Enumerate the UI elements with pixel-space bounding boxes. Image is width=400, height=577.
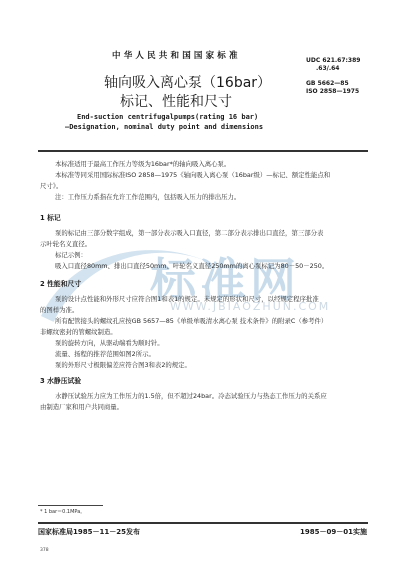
udc-code: UDC 621.67:389 .63/.64 [306, 57, 360, 73]
intro-scope: 本标准适用于最高工作压力等级为16bar*的轴向吸入离心泵。 [55, 159, 230, 169]
document-subtitle: 标记、性能和尺寸 [120, 91, 232, 111]
footnote-divider [38, 505, 103, 506]
footnote: * 1 bar＝0.1MPa。 [40, 508, 85, 515]
english-title-line2: —Designation, nominal duty point and dim… [65, 123, 263, 131]
english-title-line1: End-suction centrifugalpumps(rating 16 b… [77, 113, 258, 121]
implementation-date: 1985－09－01实施 [300, 527, 367, 537]
section-1-line: 示叶轮名义直径。 [40, 239, 91, 249]
section-2-line: 泵的设计点性能和外形尺寸应符合图1和表1的规定。未规定的形状和尺寸，以经规定程序… [55, 294, 319, 304]
section-3-line: 由制造厂家和用户共同商量。 [40, 402, 123, 412]
section-1-line: 泵的标记由三部分数字组成，第一部分表示吸入口直径，第二部分表示排出口直径，第三部… [55, 228, 323, 238]
section-2-line: 泵的外形尺寸极限偏差应符合图3和表2的规定。 [55, 360, 191, 370]
section-2-line: 的图样为准。 [40, 305, 78, 315]
intro-adoption-line1: 本标准等同采用国际标准ISO 2858—1975《轴向吸入离心泵（16bar级）… [55, 170, 330, 180]
iso-number: ISO 2858—1975 [306, 88, 359, 96]
intro-adoption-line2: 尺寸》。 [40, 181, 62, 191]
section-2-line: 所有配管接头的螺纹孔应按GB 5657—85《单级单吸清水离心泵 技术条件》的附… [55, 316, 327, 326]
section-2-line: 流量、扬程的推荐范围如图2所示。 [55, 349, 155, 359]
section-2-heading: 2 性能和尺寸 [40, 278, 81, 288]
document-title: 轴向吸入离心泵（16bar） [104, 72, 271, 92]
section-1-heading: 1 标记 [40, 212, 61, 222]
section-1-line: 吸入口直径80mm、排出口直径50mm、叶轮名义直径250mm的离心泵标记为80… [55, 261, 328, 271]
section-3-line: 水静压试验压力应为工作压力的1.5倍，但不超过24bar。冷态试验压力与热态工作… [55, 391, 327, 401]
issuer-heading: 中华人民共和国国家标准 [112, 49, 241, 61]
section-2-line: 非螺纹密封的管螺纹制造。 [40, 327, 117, 337]
udc-line2: .63/.64 [306, 65, 360, 73]
standard-numbers: GB 5662—85 ISO 2858—1975 [306, 80, 359, 96]
section-3-heading: 3 水静压试验 [40, 375, 81, 385]
section-1-line: 标记示例： [55, 250, 87, 260]
gb-number: GB 5662—85 [306, 80, 359, 88]
page-number: 378 [40, 548, 49, 553]
udc-line1: UDC 621.67:389 [306, 57, 360, 65]
header-divider [38, 150, 368, 152]
issue-date: 国家标准局1985－11－25发布 [38, 527, 140, 537]
intro-note: 注：工作压力系指在允许工作范围内，包括吸入压力的排出压力。 [55, 192, 240, 202]
footer-divider [38, 522, 368, 524]
section-2-line: 泵的旋转方向，从驱动端看为顺时针。 [55, 338, 164, 348]
